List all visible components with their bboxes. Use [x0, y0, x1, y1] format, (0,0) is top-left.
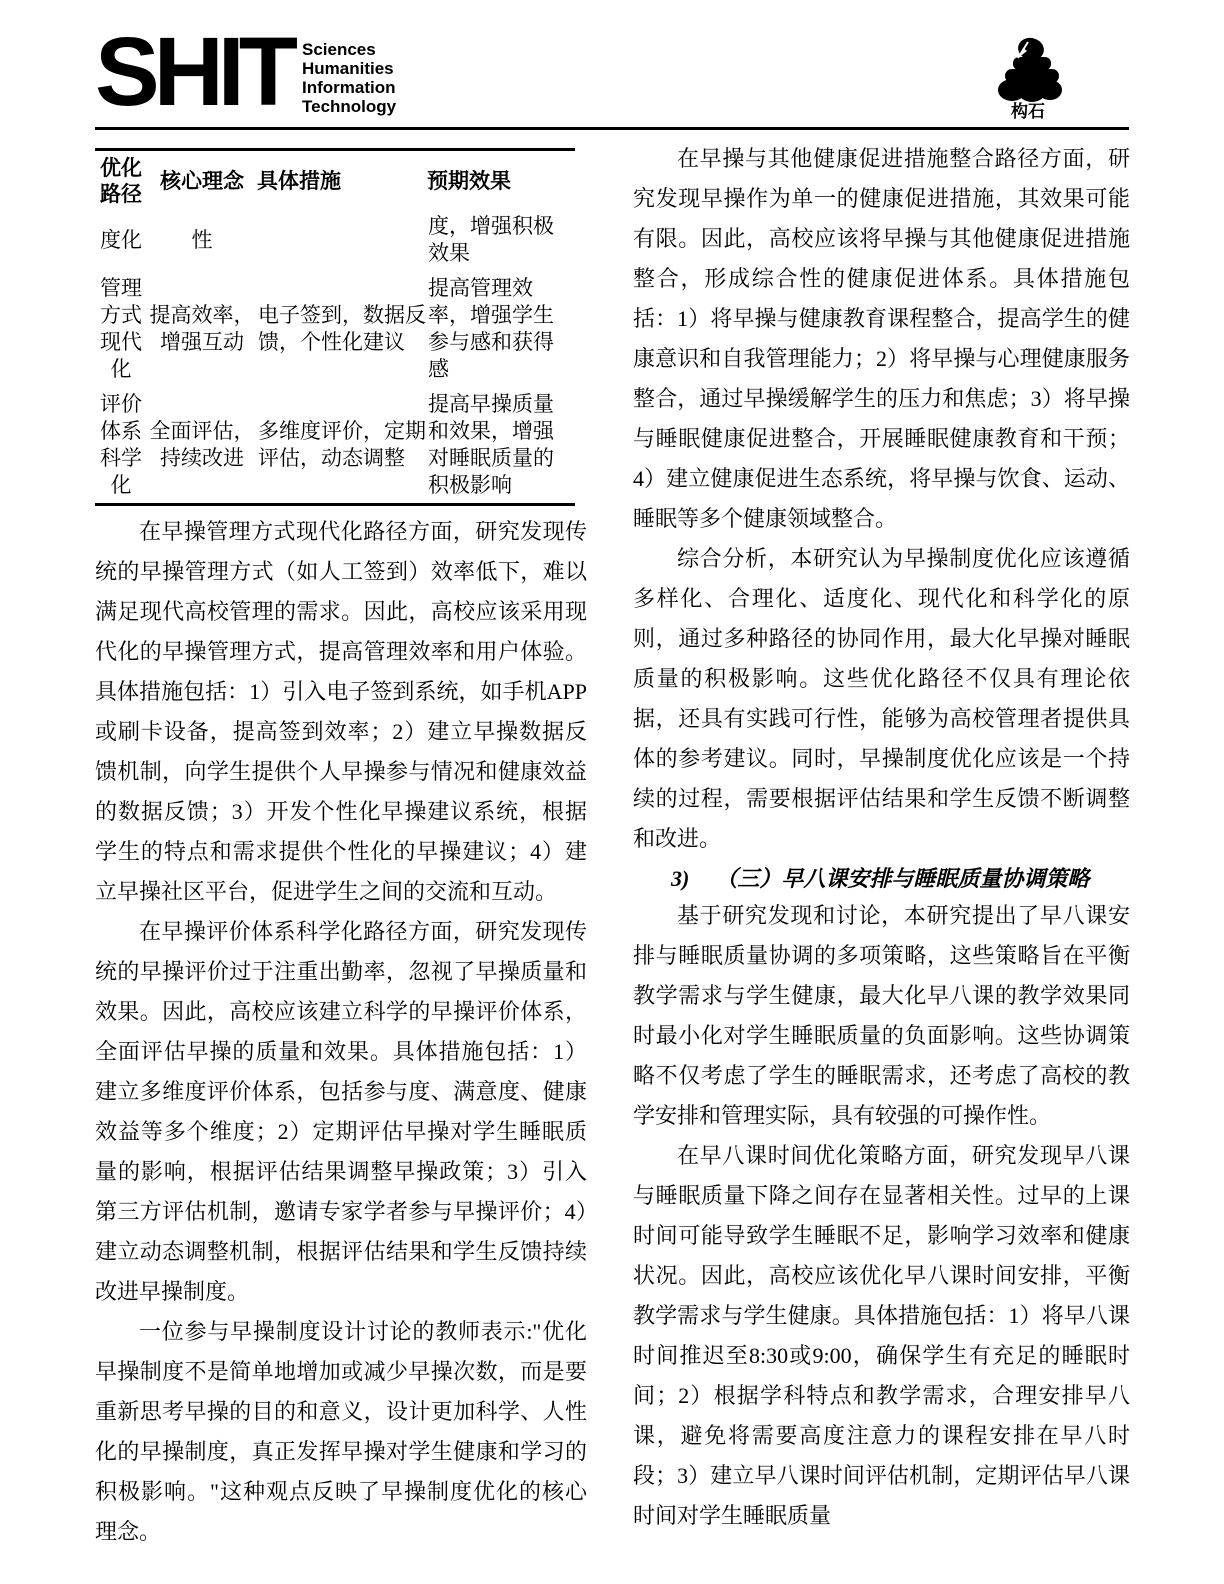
table-header-cell: 优化路径 [95, 150, 147, 210]
body-paragraph: 在早操评价体系科学化路径方面，研究发现传统的早操评价过于注重出勤率，忽视了早操质… [95, 912, 587, 1312]
table-row: 评价体系科学化 全面评估，持续改进 多维度评价，定期评估，动态调整 提高早操质量… [95, 387, 575, 505]
table-cell: 电子签到，数据反馈，个性化建议 [257, 271, 427, 387]
body-paragraph: 在早八课时间优化策略方面，研究发现早八课与睡眠质量下降之间存在显著相关性。过早的… [633, 1136, 1130, 1536]
table-cell [257, 209, 427, 271]
left-column: 优化路径 核心理念 具体措施 预期效果 度化 性 度，增强积极效果 管理方式现代… [95, 148, 587, 1552]
tagline-line: Humanities [302, 59, 396, 78]
table-cell: 提高效率，增强互动 [147, 271, 257, 387]
body-paragraph: 一位参与早操制度设计讨论的教师表示:"优化早操制度不是简单地增加或减少早操次数，… [95, 1312, 587, 1552]
table-header-row: 优化路径 核心理念 具体措施 预期效果 [95, 150, 575, 210]
table-row: 度化 性 度，增强积极效果 [95, 209, 575, 271]
table-row: 管理方式现代化 提高效率，增强互动 电子签到，数据反馈，个性化建议 提高管理效率… [95, 271, 575, 387]
tagline-line: Information [302, 78, 396, 97]
journal-tagline: Sciences Humanities Information Technolo… [302, 40, 396, 116]
header-divider [95, 127, 1129, 130]
table-cell: 管理方式现代化 [95, 271, 147, 387]
table-cell: 度，增强积极效果 [427, 209, 575, 271]
table-cell: 提高管理效率，增强学生参与感和获得感 [427, 271, 575, 387]
table-cell: 多维度评价，定期评估，动态调整 [257, 387, 427, 505]
body-paragraph: 在早操管理方式现代化路径方面，研究发现传统的早操管理方式（如人工签到）效率低下，… [95, 512, 587, 912]
table-header-cell: 预期效果 [427, 150, 575, 210]
tagline-line: Technology [302, 97, 396, 116]
section-heading: 3)（三）早八课安排与睡眠质量协调策略 [633, 862, 1130, 896]
section-heading-number: 3) [671, 862, 689, 896]
table-cell: 评价体系科学化 [95, 387, 147, 505]
masthead: SHIT Sciences Humanities Information Tec… [95, 36, 1129, 128]
section-heading-title: （三）早八课安排与睡眠质量协调策略 [715, 866, 1089, 891]
publisher-seal: 构石 [988, 36, 1068, 121]
table-cell: 全面评估，持续改进 [147, 387, 257, 505]
rock-pile-icon [988, 36, 1068, 102]
seal-label: 构石 [988, 103, 1068, 121]
table-cell: 度化 [95, 209, 147, 271]
tagline-line: Sciences [302, 40, 396, 59]
document-page: SHIT Sciences Humanities Information Tec… [0, 0, 1224, 1584]
journal-logo: SHIT [95, 26, 292, 118]
body-paragraph: 在早操与其他健康促进措施整合路径方面，研究发现早操作为单一的健康促进措施，其效果… [633, 139, 1130, 539]
table-cell: 性 [147, 209, 257, 271]
right-column: 在早操与其他健康促进措施整合路径方面，研究发现早操作为单一的健康促进措施，其效果… [633, 139, 1130, 1536]
table-cell: 提高早操质量和效果，增强对睡眠质量的积极影响 [427, 387, 575, 505]
table-header-cell: 具体措施 [257, 150, 427, 210]
body-paragraph: 基于研究发现和讨论，本研究提出了早八课安排与睡眠质量协调的多项策略，这些策略旨在… [633, 896, 1130, 1136]
table-header-cell: 核心理念 [147, 150, 257, 210]
body-paragraph: 综合分析，本研究认为早操制度优化应该遵循多样化、合理化、适度化、现代化和科学化的… [633, 539, 1130, 859]
optimization-paths-table: 优化路径 核心理念 具体措施 预期效果 度化 性 度，增强积极效果 管理方式现代… [95, 148, 575, 506]
